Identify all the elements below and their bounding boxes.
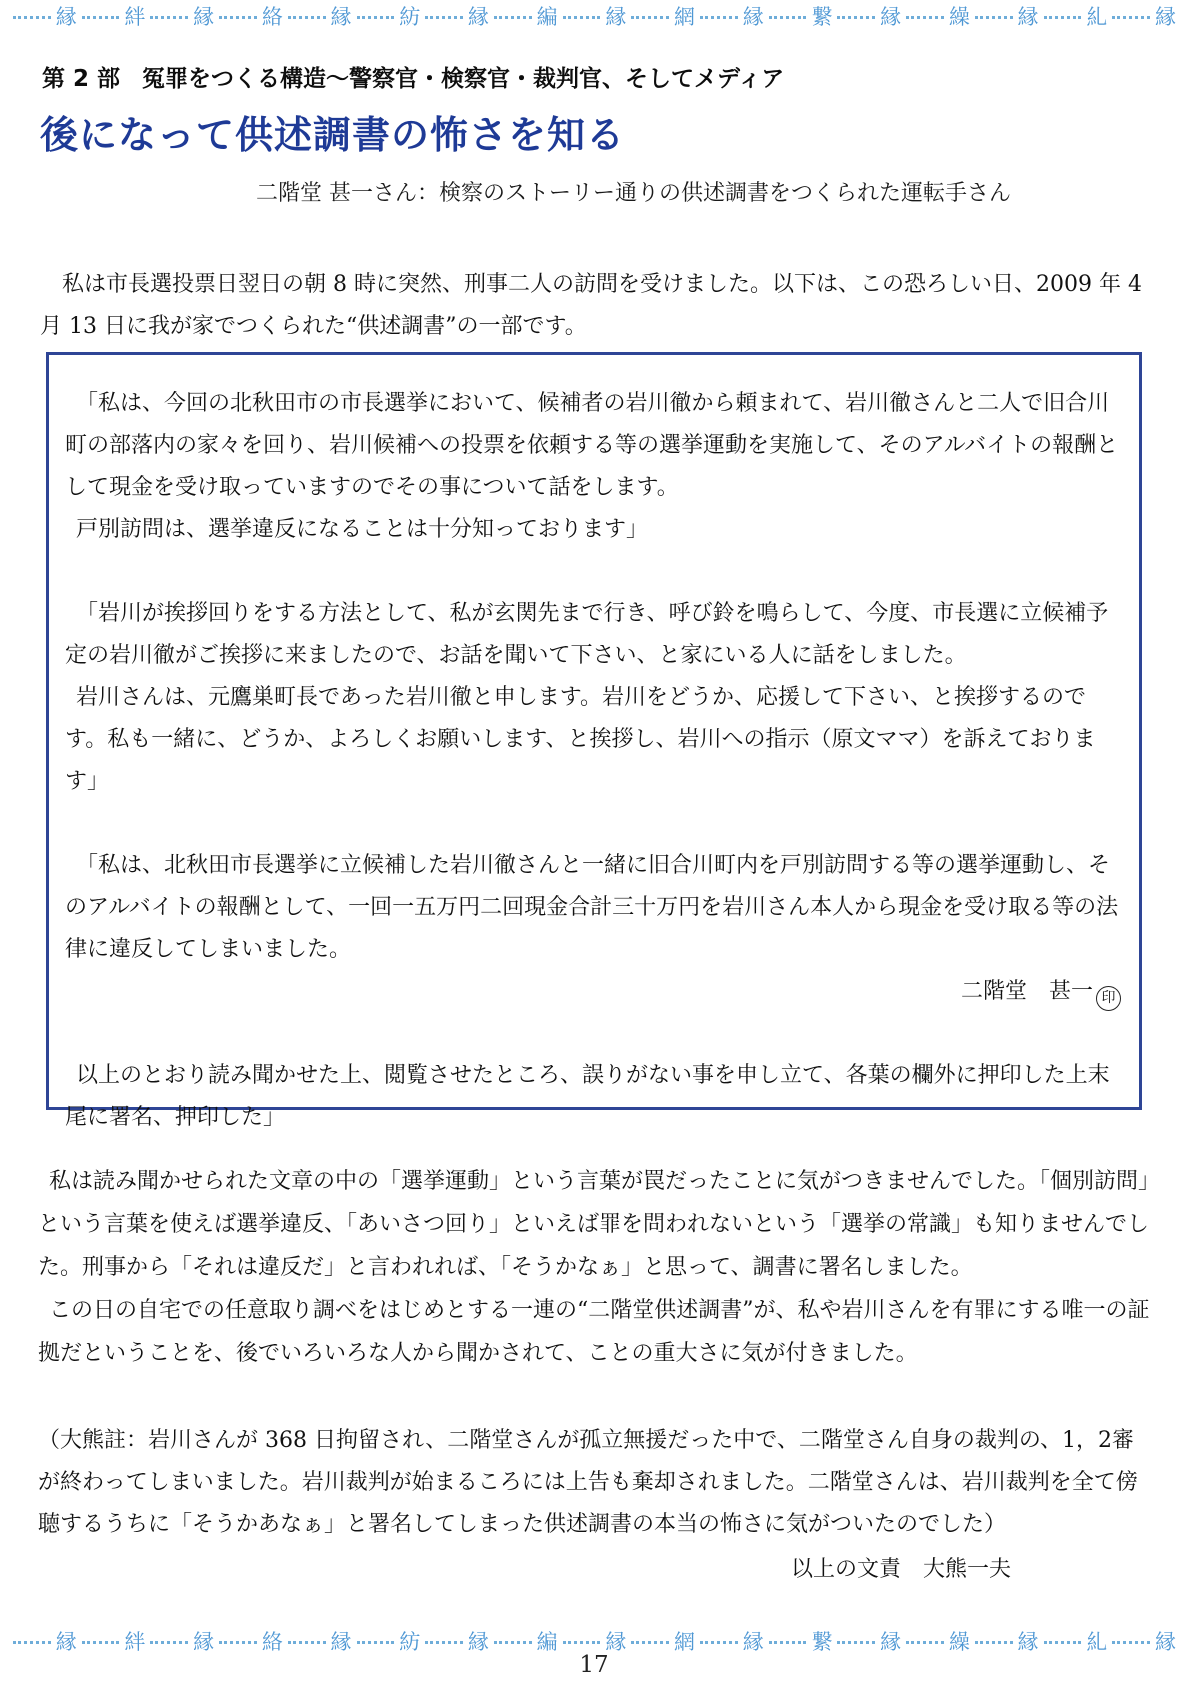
dotted-leader — [837, 1641, 875, 1644]
dotted-leader — [288, 16, 326, 19]
statement-group: 「私は、今回の北秋田市の市長選挙において、候補者の岩川徹から頼まれて、岩川徹さん… — [65, 383, 1123, 551]
document-page: 縁 絆 縁 絡 縁 紡 — [0, 0, 1188, 1694]
statement-paragraph: 「私は、北秋田市長選挙に立候補した岩川徹さんと一緒に旧合川町内を戸別訪問する等の… — [65, 845, 1123, 971]
ornament-kanji: 縁 — [1018, 7, 1039, 28]
ornament-kanji: 縁 — [193, 1632, 214, 1653]
ornament-kanji: 繋 — [811, 1632, 832, 1653]
ornament-kanji: 縁 — [1155, 1632, 1176, 1653]
dotted-leader — [563, 1641, 601, 1644]
ornament-segment: 網 — [626, 7, 695, 28]
ornament-kanji: 糺 — [1086, 7, 1107, 28]
ornament-segment: 縁 — [1107, 1632, 1176, 1653]
ornament-kanji: 縁 — [880, 7, 901, 28]
dotted-leader — [82, 1641, 120, 1644]
ornament-segment: 縁 — [695, 7, 764, 28]
ornament-kanji: 縁 — [468, 7, 489, 28]
ornament-segment: 縁 — [145, 1632, 214, 1653]
ornament-kanji: 編 — [537, 1632, 558, 1653]
ornament-kanji: 網 — [674, 7, 695, 28]
ornament-kanji: 縁 — [605, 1632, 626, 1653]
dotted-leader — [219, 16, 257, 19]
ornament-segment: 網 — [626, 1632, 695, 1653]
ornament-segment: 縁 — [145, 7, 214, 28]
decorative-border-top: 縁 絆 縁 絡 縁 紡 — [8, 7, 1176, 28]
statement-group: 「岩川が挨拶回りをする方法として、私が玄関先まで行き、呼び鈴を鳴らして、今度、市… — [65, 593, 1123, 803]
ornament-segment: 縁 — [8, 1632, 77, 1653]
dotted-leader — [906, 1641, 944, 1644]
dotted-leader — [13, 1641, 51, 1644]
ornament-kanji: 縁 — [880, 1632, 901, 1653]
ornament-segment: 編 — [489, 7, 558, 28]
part-header: 第 2 部冤罪をつくる構造～警察官・検察官・裁判官、そしてメディア — [42, 60, 784, 93]
dotted-leader — [357, 16, 395, 19]
article-title: 後になって供述調書の怖さを知る — [40, 104, 625, 159]
credit-line: 以上の文責 大熊一夫 — [40, 1552, 1011, 1583]
ornament-segment: 縁 — [420, 1632, 489, 1653]
ornament-kanji: 縁 — [1155, 7, 1176, 28]
dotted-leader — [1044, 16, 1082, 19]
ornament-segment: 縁 — [832, 1632, 901, 1653]
ornament-segment: 縁 — [970, 7, 1039, 28]
ornament-segment: 繋 — [764, 7, 833, 28]
ornament-kanji: 繰 — [949, 1632, 970, 1653]
ornament-segment: 縁 — [283, 1632, 352, 1653]
statement-box: 「私は、今回の北秋田市の市長選挙において、候補者の岩川徹から頼まれて、岩川徹さん… — [46, 352, 1142, 1110]
statement-paragraph: 「私は、今回の北秋田市の市長選挙において、候補者の岩川徹から頼まれて、岩川徹さん… — [65, 383, 1123, 509]
dotted-leader — [700, 1641, 738, 1644]
dotted-leader — [288, 1641, 326, 1644]
dotted-leader — [769, 16, 807, 19]
body-text: 私は読み聞かせられた文章の中の「選挙運動」という言葉が罠だったことに気がつきませ… — [38, 1160, 1152, 1375]
ornament-segment: 紡 — [352, 7, 421, 28]
statement-paragraph: 「岩川が挨拶回りをする方法として、私が玄関先まで行き、呼び鈴を鳴らして、今度、市… — [65, 593, 1123, 677]
ornament-segment: 絡 — [214, 1632, 283, 1653]
dotted-leader — [13, 16, 51, 19]
dotted-leader — [837, 16, 875, 19]
seal-icon: 印 — [1096, 986, 1121, 1011]
seal-character: 印 — [1102, 991, 1116, 1005]
dotted-leader — [769, 1641, 807, 1644]
ornament-segment: 縁 — [558, 7, 627, 28]
dotted-leader — [631, 16, 669, 19]
ornament-kanji: 縁 — [331, 7, 352, 28]
dotted-leader — [425, 16, 463, 19]
statement-group: 「私は、北秋田市長選挙に立候補した岩川徹さんと一緒に旧合川町内を戸別訪問する等の… — [65, 845, 1123, 1013]
dotted-leader — [700, 16, 738, 19]
statement-paragraph: 岩川さんは、元鷹巣町長であった岩川徹と申します。岩川をどうか、応援して下さい、と… — [65, 677, 1123, 803]
ornament-segment: 縁 — [420, 7, 489, 28]
ornament-kanji: 絆 — [124, 1632, 145, 1653]
ornament-segment: 編 — [489, 1632, 558, 1653]
ornament-kanji: 縁 — [56, 1632, 77, 1653]
ornament-segment: 縁 — [832, 7, 901, 28]
ornament-segment: 縁 — [695, 1632, 764, 1653]
ornament-segment: 縁 — [970, 1632, 1039, 1653]
ornament-kanji: 縁 — [468, 1632, 489, 1653]
ornament-segment: 縁 — [283, 7, 352, 28]
ornament-kanji: 紡 — [399, 7, 420, 28]
decorative-border-bottom: 縁 絆 縁 絡 縁 紡 — [8, 1632, 1176, 1653]
ornament-kanji: 糺 — [1086, 1632, 1107, 1653]
ornament-kanji: 編 — [537, 7, 558, 28]
part-number: 第 2 部 — [42, 66, 120, 92]
ornament-kanji: 網 — [674, 1632, 695, 1653]
dotted-leader — [975, 16, 1013, 19]
ornament-segment: 縁 — [558, 1632, 627, 1653]
ornament-segment: 絡 — [214, 7, 283, 28]
dotted-leader — [494, 1641, 532, 1644]
body-paragraph: 私は読み聞かせられた文章の中の「選挙運動」という言葉が罠だったことに気がつきませ… — [38, 1160, 1152, 1289]
dotted-leader — [1044, 1641, 1082, 1644]
ornament-kanji: 縁 — [605, 7, 626, 28]
statement-closing-paragraph: 以上のとおり読み聞かせた上、閲覧させたところ、誤りがない事を申し立て、各葉の欄外… — [65, 1055, 1123, 1139]
signature-line: 二階堂 甚一印 — [65, 971, 1123, 1013]
dotted-leader — [563, 16, 601, 19]
ornament-kanji: 縁 — [193, 7, 214, 28]
signatory-name: 二階堂 甚一 — [961, 979, 1093, 1004]
ornament-kanji: 縁 — [56, 7, 77, 28]
ornament-segment: 繋 — [764, 1632, 833, 1653]
ornament-segment: 縁 — [8, 7, 77, 28]
ornament-kanji: 絡 — [262, 7, 283, 28]
dotted-leader — [906, 16, 944, 19]
ornament-segment: 糺 — [1039, 1632, 1108, 1653]
dotted-leader — [975, 1641, 1013, 1644]
dotted-leader — [357, 1641, 395, 1644]
page-number: 17 — [0, 1652, 1188, 1678]
ornament-segment: 繰 — [901, 1632, 970, 1653]
ornament-kanji: 繰 — [949, 7, 970, 28]
intro-paragraph: 私は市長選投票日翌日の朝 8 時に突然、刑事二人の訪問を受けました。以下は、この… — [40, 264, 1150, 348]
ornament-kanji: 絆 — [124, 7, 145, 28]
ornament-kanji: 縁 — [1018, 1632, 1039, 1653]
dotted-leader — [1112, 16, 1150, 19]
ornament-kanji: 縁 — [743, 7, 764, 28]
dotted-leader — [631, 1641, 669, 1644]
ornament-kanji: 繋 — [811, 7, 832, 28]
ornament-kanji: 縁 — [743, 1632, 764, 1653]
statement-paragraph: 戸別訪問は、選挙違反になることは十分知っております」 — [65, 509, 1123, 551]
ornament-segment: 糺 — [1039, 7, 1108, 28]
ornament-segment: 繰 — [901, 7, 970, 28]
article-subtitle: 二階堂 甚一さん：検察のストーリー通りの供述調書をつくられた運転手さん — [100, 176, 1011, 207]
part-title: 冤罪をつくる構造～警察官・検察官・裁判官、そしてメディア — [142, 66, 784, 92]
body-paragraph: この日の自宅での任意取り調べをはじめとする一連の“二階堂供述調書”が、私や岩川さ… — [38, 1289, 1152, 1375]
ornament-kanji: 紡 — [399, 1632, 420, 1653]
dotted-leader — [1112, 1641, 1150, 1644]
dotted-leader — [425, 1641, 463, 1644]
dotted-leader — [150, 16, 188, 19]
ornament-kanji: 絡 — [262, 1632, 283, 1653]
statement-group: 以上のとおり読み聞かせた上、閲覧させたところ、誤りがない事を申し立て、各葉の欄外… — [65, 1055, 1123, 1139]
ornament-kanji: 縁 — [331, 1632, 352, 1653]
dotted-leader — [82, 16, 120, 19]
ornament-segment: 絆 — [77, 7, 146, 28]
dotted-leader — [494, 16, 532, 19]
ornament-segment: 絆 — [77, 1632, 146, 1653]
dotted-leader — [219, 1641, 257, 1644]
ornament-segment: 紡 — [352, 1632, 421, 1653]
editor-note: （大熊註：岩川さんが 368 日拘留され、二階堂さんが孤立無援だった中で、二階堂… — [38, 1420, 1152, 1546]
dotted-leader — [150, 1641, 188, 1644]
ornament-segment: 縁 — [1107, 7, 1176, 28]
